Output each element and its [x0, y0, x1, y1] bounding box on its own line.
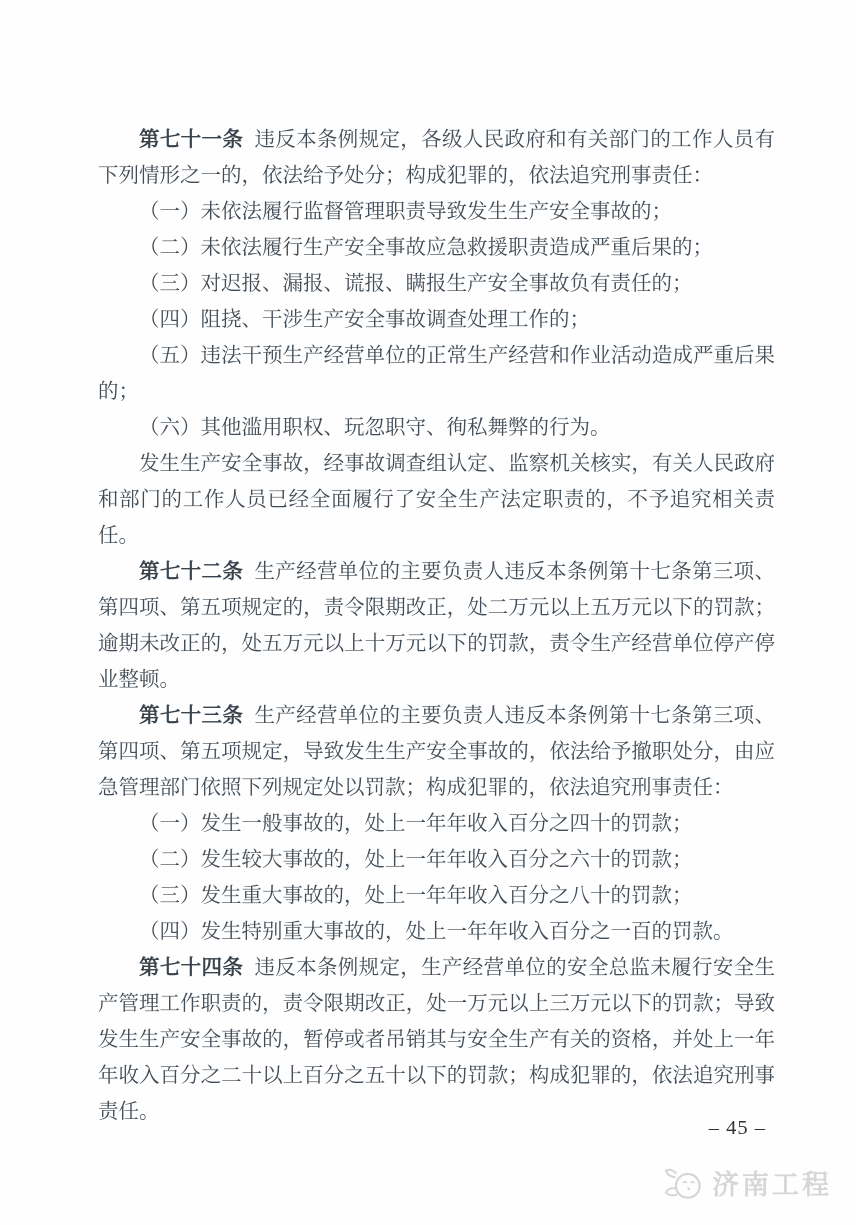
paragraph-text: （三）对迟报、漏报、谎报、瞒报生产安全事故负有责任的； [139, 273, 693, 295]
document-page: 第七十一条违反本条例规定，各级人民政府和有关部门的工作人员有下列情形之一的，依法… [0, 0, 856, 1225]
para-article-72: 第七十二条生产经营单位的主要负责人违反本条例第十七条第三项、第四项、第五项规定的… [98, 554, 775, 698]
para-fine-item-2: （二）发生较大事故的，处上一年年收入百分之六十的罚款； [98, 842, 775, 878]
mascot-megaphone-icon [663, 1164, 705, 1202]
article-73-number: 第七十三条 [139, 705, 243, 727]
paragraph-text: （二）发生较大事故的，处上一年年收入百分之六十的罚款； [139, 849, 693, 871]
paragraph-text: （五）违法干预生产经营单位的正常生产经营和作业活动造成严重后果的； [98, 345, 775, 403]
paragraph-text: （二）未依法履行生产安全事故应急救援职责造成严重后果的； [139, 237, 713, 259]
page-number: – 45 – [709, 1117, 766, 1140]
document-body: 第七十一条违反本条例规定，各级人民政府和有关部门的工作人员有下列情形之一的，依法… [98, 122, 775, 1130]
paragraph-text: （一）未依法履行监督管理职责导致发生生产安全事故的； [139, 201, 672, 223]
para-liability-exemption: 发生生产安全事故，经事故调查组认定、监察机关核实，有关人民政府和部门的工作人员已… [98, 446, 775, 554]
watermark: 济南工程 [663, 1163, 832, 1202]
para-item-2: （二）未依法履行生产安全事故应急救援职责造成严重后果的； [98, 230, 775, 266]
article-74-number: 第七十四条 [139, 957, 243, 979]
article-72-number: 第七十二条 [139, 561, 243, 583]
para-article-74: 第七十四条违反本条例规定，生产经营单位的安全总监未履行安全生产管理工作职责的，责… [98, 950, 775, 1130]
para-item-4: （四）阻挠、干涉生产安全事故调查处理工作的； [98, 302, 775, 338]
para-item-1: （一）未依法履行监督管理职责导致发生生产安全事故的； [98, 194, 775, 230]
para-item-6: （六）其他滥用职权、玩忽职守、徇私舞弊的行为。 [98, 410, 775, 446]
paragraph-text: 违反本条例规定，生产经营单位的安全总监未履行安全生产管理工作职责的，责令限期改正… [98, 957, 775, 1123]
para-fine-item-3: （三）发生重大事故的，处上一年年收入百分之八十的罚款； [98, 878, 775, 914]
article-71-number: 第七十一条 [139, 129, 243, 151]
paragraph-text: （六）其他滥用职权、玩忽职守、徇私舞弊的行为。 [139, 417, 611, 439]
para-item-5: （五）违法干预生产经营单位的正常生产经营和作业活动造成严重后果的； [98, 338, 775, 410]
paragraph-text: （四）发生特别重大事故的，处上一年年收入百分之一百的罚款。 [139, 921, 734, 943]
paragraph-text: （四）阻挠、干涉生产安全事故调查处理工作的； [139, 309, 590, 331]
paragraph-text: （三）发生重大事故的，处上一年年收入百分之八十的罚款； [139, 885, 693, 907]
para-fine-item-4: （四）发生特别重大事故的，处上一年年收入百分之一百的罚款。 [98, 914, 775, 950]
para-article-73: 第七十三条生产经营单位的主要负责人违反本条例第十七条第三项、第四项、第五项规定，… [98, 698, 775, 806]
para-fine-item-1: （一）发生一般事故的，处上一年年收入百分之四十的罚款； [98, 806, 775, 842]
para-article-71: 第七十一条违反本条例规定，各级人民政府和有关部门的工作人员有下列情形之一的，依法… [98, 122, 775, 194]
paragraph-text: 发生生产安全事故，经事故调查组认定、监察机关核实，有关人民政府和部门的工作人员已… [98, 453, 775, 547]
para-item-3: （三）对迟报、漏报、谎报、瞒报生产安全事故负有责任的； [98, 266, 775, 302]
paragraph-text: （一）发生一般事故的，处上一年年收入百分之四十的罚款； [139, 813, 693, 835]
watermark-label: 济南工程 [712, 1163, 832, 1202]
